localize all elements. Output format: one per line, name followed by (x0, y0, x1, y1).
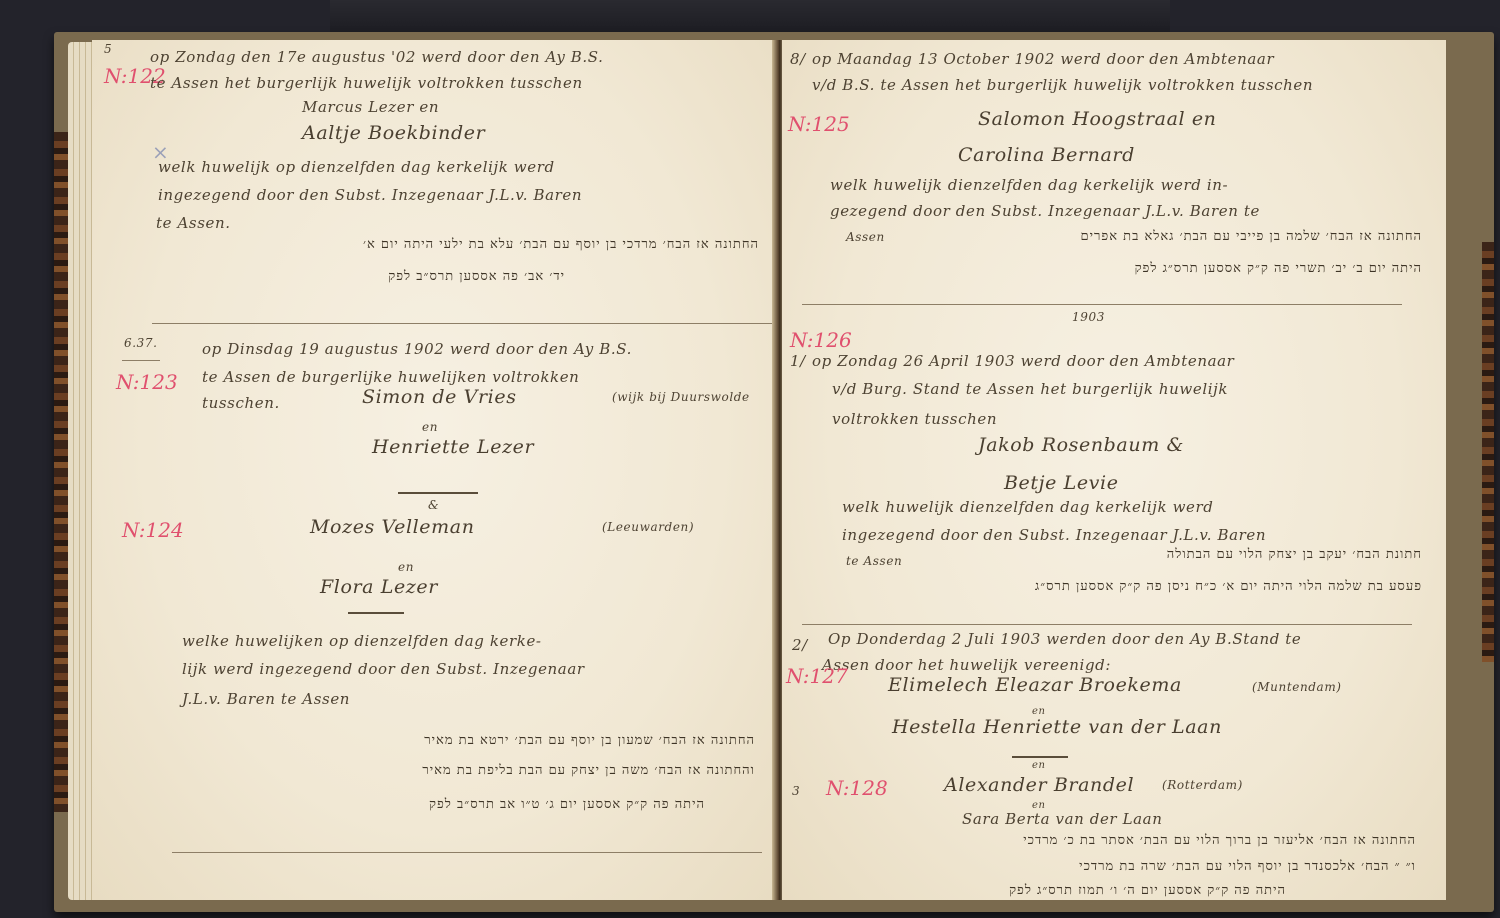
marbled-cover-edge-left (54, 132, 68, 812)
entry-text-line: te Assen het burgerlijk huwelijk voltrok… (150, 74, 583, 92)
entry-text-line: welke huwelijken op dienzelfden dag kerk… (182, 632, 542, 650)
hebrew-text-line: החתונה אז הבח׳ מרדכי בן יוסף עם הבת׳ עלא… (363, 236, 759, 252)
groom-residence: (Muntendam) (1252, 680, 1342, 694)
entry-text-line: op Zondag den 17e augustus '02 werd door… (150, 48, 604, 66)
entry-text-line: te Assen. (156, 214, 231, 232)
groom-name: Marcus Lezer en (302, 98, 439, 116)
hebrew-text-line: ו״ ״ הבח׳ אלכסנדר בן יוסף הלוי עם הבת׳ ש… (1079, 858, 1416, 874)
bride-name: Sara Berta van der Laan (962, 810, 1162, 828)
groom-name: Mozes Velleman (310, 516, 475, 538)
entry-divider (152, 323, 772, 324)
name-separator (348, 612, 404, 614)
margin-note: 3 (792, 784, 800, 798)
entry-divider (802, 304, 1402, 305)
register-book: 5 N:122 op Zondag den 17e augustus '02 w… (54, 32, 1494, 912)
entry-text-line: v/d B.S. te Assen het burgerlijk huwelij… (812, 76, 1313, 94)
hebrew-text-line: פעסע בת שלמה הלוי היתה יום א׳ כ״ח ניסן פ… (1035, 578, 1422, 594)
entry-number: N:123 (116, 370, 178, 394)
entry-text-line: op Maandag 13 October 1902 werd door den… (812, 50, 1274, 68)
entry-text-line: te Assen de burgerlijke huwelijken voltr… (202, 368, 579, 386)
groom-residence: (wijk bij Duurswolde (612, 390, 750, 404)
groom-name: Simon de Vries (362, 386, 517, 408)
entry-number: N:125 (788, 112, 850, 136)
margin-note: 2/ (792, 636, 808, 654)
left-page: 5 N:122 op Zondag den 17e augustus '02 w… (92, 40, 776, 900)
entry-text-line: welk huwelijk dienzelfden dag kerkelijk … (842, 498, 1214, 516)
bride-name: Hestella Henriette van der Laan (892, 716, 1222, 738)
entry-number: N:124 (122, 518, 184, 542)
bride-name: Betje Levie (1004, 472, 1119, 494)
bride-name: Flora Lezer (320, 576, 438, 598)
name-separator (398, 492, 478, 494)
hebrew-text-line: החתונה אז הבח׳ אליעזר בן ברוך הלוי עם הב… (1023, 832, 1416, 848)
groom-residence: (Leeuwarden) (602, 520, 694, 534)
hebrew-text-line: היתה יום ב׳ יב׳ תשרי פה ק״ק אססען תרס״ג … (1135, 260, 1422, 276)
hebrew-text-line: והחתונה אז הבח׳ משה בן יצחק עם הבת בליפת… (422, 762, 755, 778)
bride-name: Carolina Bernard (958, 144, 1135, 166)
entry-number: N:128 (826, 776, 888, 800)
hebrew-text-line: חתונת הבח׳ יעקב בן יצחק הלוי עם הבתולה (1167, 546, 1422, 562)
margin-rule (122, 360, 160, 361)
hebrew-text-line: יד׳ אב׳ פה אססען תרס״ב לפק (388, 268, 565, 284)
entry-text-line: op Dinsdag 19 augustus 1902 werd door de… (202, 340, 632, 358)
entry-text-line: lijk werd ingezegend door den Subst. Inz… (182, 660, 585, 678)
groom-name: Salomon Hoogstraal en (978, 108, 1217, 130)
entry-text-line: v/d Burg. Stand te Assen het burgerlijk … (832, 380, 1228, 398)
entry-text-line: te Assen (846, 554, 902, 568)
entry-text-line: ingezegend door den Subst. Inzegenaar J.… (158, 186, 582, 204)
connector-en: en (1032, 760, 1046, 771)
page-edges (68, 42, 94, 900)
entry-text-line: op Zondag 26 April 1903 werd door den Am… (812, 352, 1234, 370)
groom-name: Jakob Rosenbaum & (978, 434, 1184, 456)
groom-residence: (Rotterdam) (1162, 778, 1243, 792)
entry-divider (172, 852, 762, 853)
background-stand (330, 0, 1170, 34)
entry-text-line: Assen (846, 230, 885, 244)
entry-text-line: Op Donderdag 2 Juli 1903 werden door den… (828, 630, 1301, 648)
marbled-cover-edge-right (1482, 242, 1494, 662)
connector-en: en (398, 560, 414, 574)
entry-text-line: voltrokken tusschen (832, 410, 997, 428)
bride-name: Henriette Lezer (372, 436, 534, 458)
hebrew-text-line: היתה פה ק״ק אססען יום ה׳ ו׳ תמוז תרס״ג ל… (1009, 882, 1286, 898)
entry-text-line: J.L.v. Baren te Assen (182, 690, 350, 708)
connector-en: en (422, 420, 438, 434)
entry-text-line: welk huwelijk op dienzelfden dag kerkeli… (158, 158, 555, 176)
entry-divider (802, 624, 1412, 625)
entry-text-line: tusschen. (202, 394, 280, 412)
bride-name: Aaltje Boekbinder (302, 122, 485, 144)
hebrew-text-line: היתה פה ק״ק אססען יום ג׳ ט״ו אב תרס״ב לפ… (429, 796, 705, 812)
margin-note: 6.37. (124, 336, 158, 350)
margin-note: 8/ (790, 50, 806, 68)
right-page: 8/ op Maandag 13 October 1902 werd door … (782, 40, 1446, 900)
hebrew-text-line: החתונה אז הבח׳ שמעון בן יוסף עם הבת׳ ירט… (424, 732, 755, 748)
groom-name: Alexander Brandel (944, 774, 1134, 796)
entry-text-line: Assen door het huwelijk vereenigd: (822, 656, 1111, 674)
entry-text-line: ingezegend door den Subst. Inzegenaar J.… (842, 526, 1266, 544)
groom-name: Elimelech Eleazar Broekema (888, 674, 1182, 696)
entry-text-line: gezegend door den Subst. Inzegenaar J.L.… (830, 202, 1260, 220)
year-heading: 1903 (1072, 310, 1105, 324)
separator-mark: & (428, 498, 439, 512)
entry-text-line: welk huwelijk dienzelfden dag kerkelijk … (830, 176, 1228, 194)
hebrew-text-line: החתונה אז הבח׳ שלמה בן פייבי עם הבת׳ גאל… (1081, 228, 1423, 244)
entry-number: N:127 (786, 664, 848, 688)
margin-note: 1/ (790, 352, 806, 370)
name-separator (1012, 756, 1068, 758)
margin-note: 5 (104, 42, 112, 56)
entry-number: N:126 (790, 328, 852, 352)
